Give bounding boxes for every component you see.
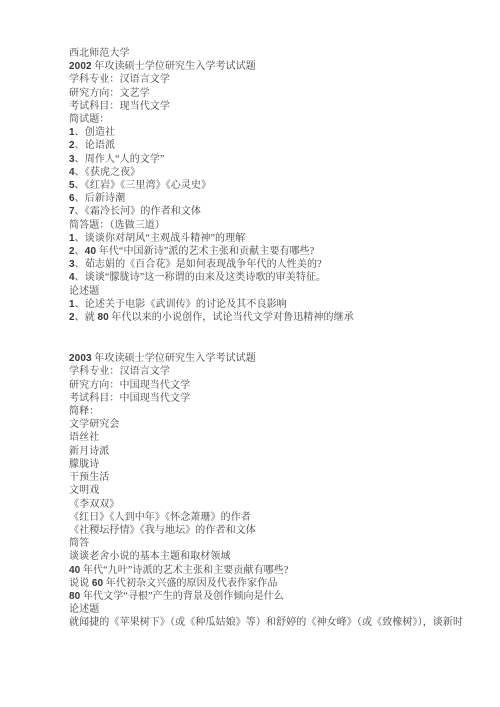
- number-text: 2: [69, 246, 75, 257]
- text-line: 1、谈谈你对胡风“主观战斗精神”的理解: [69, 232, 470, 245]
- text-line: 论述题: [69, 285, 470, 298]
- text-line: 研究方向：中国现当代文学: [69, 379, 470, 392]
- text-line: 简答题：（选做三道）: [69, 219, 470, 232]
- text-line: 40 年代“九叶”诗派的艺术主张和主要贡献有哪些?: [69, 564, 470, 577]
- text-line: 2002 年攻读硕士学位研究生入学考试试题: [69, 60, 470, 73]
- text-line: 1、创造社: [69, 126, 470, 139]
- exam-2003: 2003 年攻读硕士学位研究生入学考试试题学科专业：汉语言文学研究方向：中国现当…: [69, 352, 470, 629]
- text-line: 《李双双》: [69, 498, 470, 511]
- text-line: 文明戏: [69, 484, 470, 497]
- text-line: 1、论述关于电影《武训传》的讨论及其不良影响: [69, 298, 470, 311]
- number-text: 5: [69, 180, 75, 191]
- text-line: 6、后新诗潮: [69, 192, 470, 205]
- number-text: 6: [69, 193, 75, 204]
- exam-2002: 西北师范大学2002 年攻读硕士学位研究生入学考试试题学科专业：汉语言文学研究方…: [69, 47, 470, 324]
- number-text: 3: [69, 259, 75, 270]
- number-text: 80: [69, 591, 80, 602]
- text-line: 4、《获虎之夜》: [69, 166, 470, 179]
- text-line: 2003 年攻读硕士学位研究生入学考试试题: [69, 352, 470, 365]
- number-text: 2: [69, 140, 75, 151]
- text-line: 2、论语派: [69, 139, 470, 152]
- text-line: 论述题: [69, 603, 470, 616]
- document-page: 西北师范大学2002 年攻读硕士学位研究生入学考试试题学科专业：汉语言文学研究方…: [0, 0, 500, 707]
- number-text: 40: [85, 246, 96, 257]
- text-line: 干预生活: [69, 471, 470, 484]
- number-text: 1: [69, 299, 75, 310]
- text-line: 就闻捷的《苹果树下》（或《种瓜姑娘》等）和舒婷的《神女峰》（或《致橡树》），谈新…: [69, 616, 470, 629]
- text-line: 考试科目：中国现当代文学: [69, 392, 470, 405]
- text-line: 说说 60 年代初杂文兴盛的原因及代表作家作品: [69, 577, 470, 590]
- text-line: 2、就 80 年代以来的小说创作，试论当代文学对鲁迅精神的继承: [69, 311, 470, 324]
- number-text: 3: [69, 154, 75, 165]
- exam-document: 西北师范大学2002 年攻读硕士学位研究生入学考试试题学科专业：汉语言文学研究方…: [0, 0, 500, 630]
- number-text: 1: [69, 127, 75, 138]
- text-line: 谈谈老舍小说的基本主题和取材领域: [69, 550, 470, 563]
- text-line: 《社稷坛抒情》《我与地坛》的作者和文体: [69, 524, 470, 537]
- number-text: 7: [69, 206, 75, 217]
- text-line: 新月诗派: [69, 445, 470, 458]
- number-text: 80: [97, 312, 108, 323]
- text-line: 2、40 年代“中国新诗”派的艺术主张和贡献主要有哪些?: [69, 245, 470, 258]
- text-line: 西北师范大学: [69, 47, 470, 60]
- text-line: 7、《霜冷长河》的作者和文体: [69, 205, 470, 218]
- text-line: 简释：: [69, 405, 470, 418]
- number-text: 60: [92, 578, 103, 589]
- number-text: 1: [69, 233, 75, 244]
- text-line: 《红日》《人到中年》《怀念萧珊》的作者: [69, 511, 470, 524]
- number-text: 2002: [69, 61, 92, 72]
- number-text: 4: [69, 272, 75, 283]
- number-text: 2003: [69, 353, 92, 364]
- text-line: 3、周作人“人的文学”: [69, 153, 470, 166]
- text-line: 5、《红岩》《三里湾》《心灵史》: [69, 179, 470, 192]
- text-line: 朦胧诗: [69, 458, 470, 471]
- number-text: 4: [69, 167, 75, 178]
- text-line: 语丝社: [69, 431, 470, 444]
- text-line: 3、茹志娟的《百合花》是如何表现战争年代的人性美的?: [69, 258, 470, 271]
- text-line: 学科专业：汉语言文学: [69, 73, 470, 86]
- text-line: 考试科目：现当代文学: [69, 100, 470, 113]
- text-line: 学科专业：汉语言文学: [69, 365, 470, 378]
- text-line: 简试题：: [69, 113, 470, 126]
- text-line: 80 年代文学“寻根”产生的背景及创作倾向是什么: [69, 590, 470, 603]
- number-text: 40: [69, 565, 80, 576]
- text-line: 简答: [69, 537, 470, 550]
- text-line: 研究方向：文艺学: [69, 87, 470, 100]
- number-text: 2: [69, 312, 75, 323]
- text-line: 文学研究会: [69, 418, 470, 431]
- text-line: 4、谈谈“朦胧诗”这一称谓的由来及这类诗歌的审美特征。: [69, 271, 470, 284]
